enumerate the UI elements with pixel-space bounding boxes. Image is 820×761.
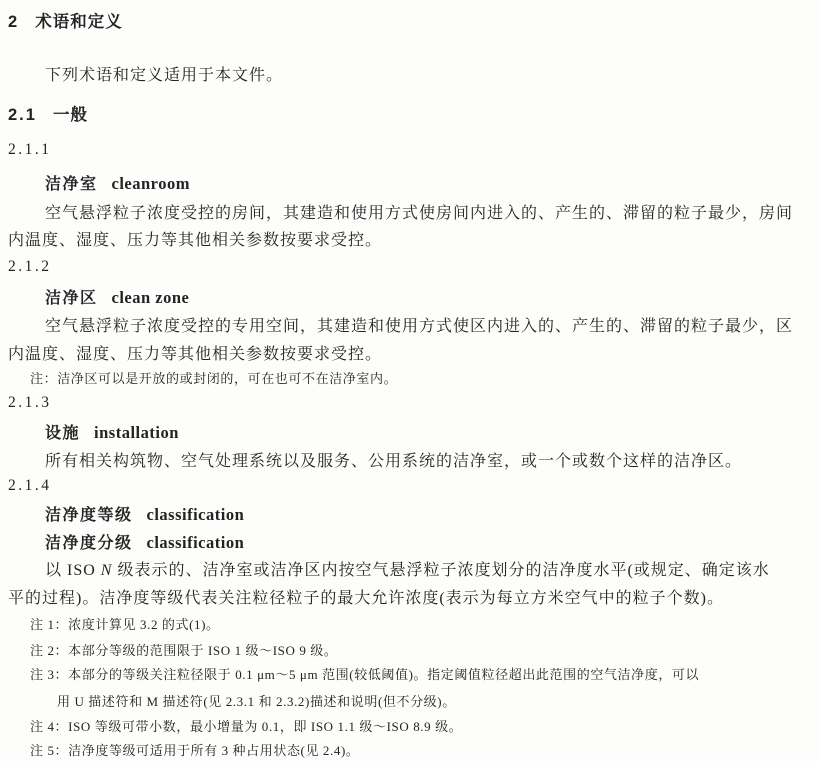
term-en: classification: [147, 505, 245, 524]
clause-number-2-1-3: 2.1.3: [8, 394, 52, 412]
clause-number-2-1-2: 2.1.2: [8, 258, 52, 276]
note-4: 注 4：ISO 等级可带小数，最小增量为 0.1，即 ISO 1.1 级～ISO…: [30, 716, 462, 735]
definition-line: 空气悬浮粒子浓度受控的房间，其建造和使用方式使房间内进入的、产生的、滞留的粒子最…: [45, 200, 793, 223]
term-zh: 设施: [45, 425, 80, 442]
text-post: 级表示的、洁净室或洁净区内按空气悬浮粒子浓度划分的洁净度水平(或规定、确定该水: [112, 562, 769, 579]
definition-line: 空气悬浮粒子浓度受控的专用空间，其建造和使用方式使区内进入的、产生的、滞留的粒子…: [45, 313, 793, 336]
definition-line: 以 ISO N 级表示的、洁净室或洁净区内按空气悬浮粒子浓度划分的洁净度水平(或…: [45, 557, 770, 580]
section-heading-2: 2术语和定义: [8, 8, 123, 32]
note-5: 注 5：洁净度等级可适用于所有 3 种占用状态(见 2.4)。: [30, 740, 360, 759]
clause-number-2-1-1: 2.1.1: [8, 141, 52, 159]
term-clean-zone: 洁净区clean zone: [45, 285, 189, 308]
term-zh: 洁净度等级: [45, 507, 133, 524]
term-classification-2: 洁净度分级classification: [45, 530, 244, 553]
term-installation: 设施installation: [45, 420, 179, 443]
term-en: cleanroom: [112, 174, 190, 193]
term-en: clean zone: [112, 288, 190, 307]
definition-line: 平的过程)。洁净度等级代表关注粒径粒子的最大允许浓度(表示为每立方米空气中的粒子…: [8, 585, 724, 608]
iso-class-variable-n: N: [101, 562, 113, 579]
note-3-line-2: 用 U 描述符和 M 描述符(见 2.3.1 和 2.3.2)描述和说明(但不分…: [57, 691, 456, 710]
definition-line: 所有相关构筑物、空气处理系统以及服务、公用系统的洁净室，或一个或数个这样的洁净区…: [45, 448, 742, 471]
term-cleanroom: 洁净室cleanroom: [45, 171, 190, 194]
definition-line: 内温度、湿度、压力等其他相关参数按要求受控。: [8, 227, 382, 250]
note-line: 注：洁净区可以是开放的或封闭的，可在也可不在洁净室内。: [30, 368, 397, 387]
section-title: 术语和定义: [35, 13, 123, 31]
section-heading-2-1: 2.1一般: [8, 101, 88, 125]
note-1: 注 1：浓度计算见 3.2 的式(1)。: [30, 614, 220, 633]
document-page: 2术语和定义 下列术语和定义适用于本文件。 2.1一般 2.1.1 洁净室cle…: [0, 0, 820, 761]
term-en: classification: [147, 533, 245, 552]
note-2: 注 2：本部分等级的范围限于 ISO 1 级～ISO 9 级。: [30, 640, 338, 659]
section-title: 一般: [53, 106, 88, 124]
note-3-line-1: 注 3：本部分的等级关注粒径限于 0.1 μm～5 μm 范围(较低阈值)。指定…: [30, 664, 699, 683]
term-classification-1: 洁净度等级classification: [45, 502, 244, 525]
term-zh: 洁净室: [45, 176, 98, 193]
text-pre: 以 ISO: [45, 562, 101, 579]
term-zh: 洁净度分级: [45, 535, 133, 552]
section-number: 2: [8, 13, 19, 31]
term-zh: 洁净区: [45, 290, 98, 307]
definition-line: 内温度、湿度、压力等其他相关参数按要求受控。: [8, 341, 382, 364]
intro-paragraph: 下列术语和定义适用于本文件。: [45, 62, 283, 85]
section-number: 2.1: [8, 106, 37, 124]
clause-number-2-1-4: 2.1.4: [8, 477, 52, 495]
term-en: installation: [94, 423, 179, 442]
